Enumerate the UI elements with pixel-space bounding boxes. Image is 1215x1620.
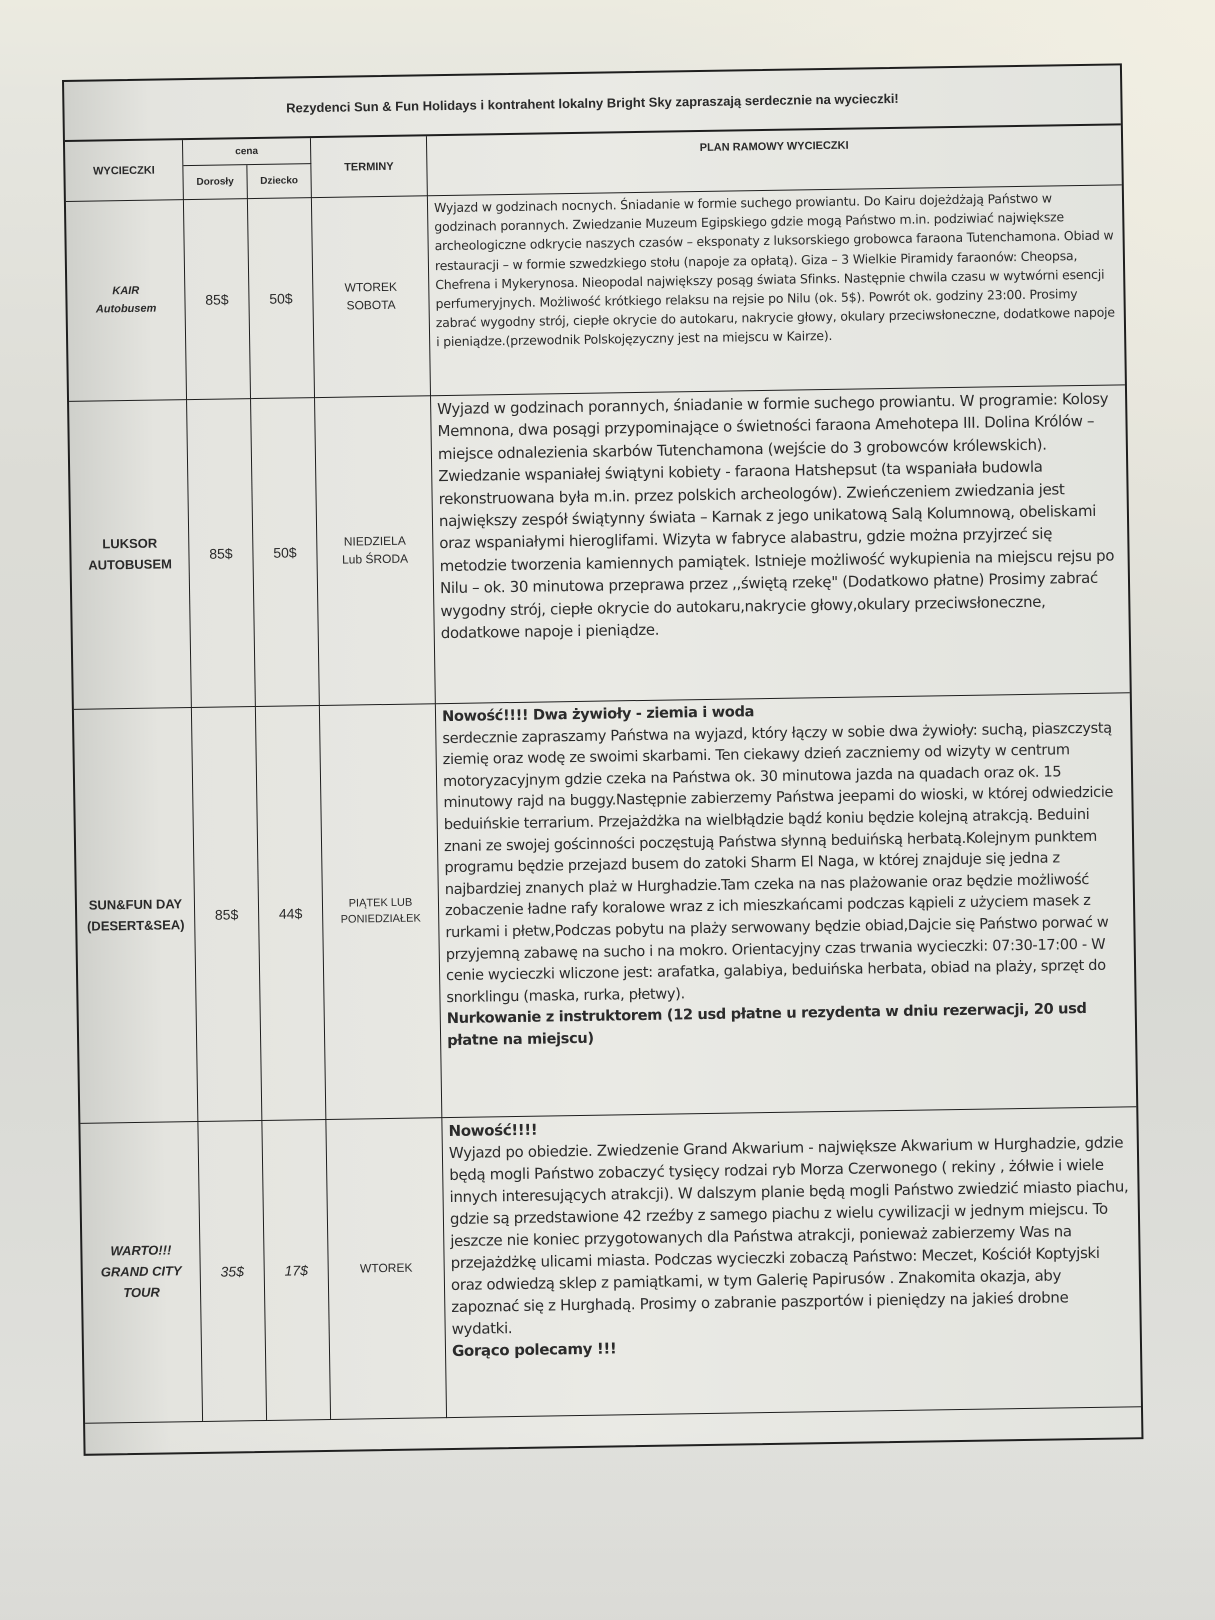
header-plan: PLAN RAMOWY WYCIECZKI — [427, 125, 1122, 196]
plan-text: serdecznie zapraszamy Państwa na wyjazd,… — [442, 719, 1113, 1006]
adult-price: 85$ — [192, 707, 262, 1122]
trip-dates: WTOREKSOBOTA — [312, 196, 431, 398]
plan-text: Wyjazd w godzinach porannych, śniadanie … — [437, 390, 1114, 643]
plan-footer-note: Gorąco polecamy !!! — [452, 1329, 1134, 1362]
trip-name-line: AUTOBUSEM — [88, 556, 172, 572]
header-adult: Dorosły — [183, 165, 248, 200]
trip-plan-sunfun-day: Nowość!!!! Dwa żywioły - ziemia i woda s… — [436, 693, 1136, 1118]
excursion-table: WYCIECZKI cena TERMINY PLAN RAMOWY WYCIE… — [65, 125, 1141, 1423]
trip-plan-grand-city-tour: Nowość!!!! Wyjazd po obiedzie. Zwiedzeni… — [442, 1107, 1141, 1418]
date-line: SOBOTA — [346, 297, 395, 312]
child-price: 50$ — [251, 398, 320, 707]
header-trips: WYCIECZKI — [65, 140, 184, 202]
adult-price: 35$ — [198, 1121, 267, 1422]
date-line: NIEDZIELA — [344, 534, 406, 549]
child-price: 44$ — [256, 706, 326, 1121]
child-price: 50$ — [248, 198, 315, 399]
trip-name-line: GRAND CITY TOUR — [101, 1263, 182, 1300]
adult-price: 85$ — [187, 399, 256, 708]
trip-name-line: (DESERT&SEA) — [87, 917, 185, 934]
date-line: WTOREK — [344, 280, 397, 295]
trip-name-luksor: LUKSORAUTOBUSEM — [69, 400, 192, 710]
plan-text: Wyjazd po obiedzie. Zwiedzenie Grand Akw… — [449, 1133, 1129, 1338]
trip-name-grand-city-tour: WARTO!!!GRAND CITY TOUR — [80, 1122, 203, 1424]
trip-plan-kair: Wyjazd w godzinach nocnych. Śniadanie w … — [428, 185, 1125, 396]
trip-name-line: KAIR — [112, 285, 139, 297]
plan-footer-note: Nurkowanie z instruktorem (12 usd płatne… — [447, 998, 1130, 1052]
trip-name-kair: KAIRAutobusem — [66, 200, 187, 402]
adult-price: 85$ — [184, 199, 251, 400]
date-line: PIĄTEK LUB — [349, 896, 413, 909]
trip-dates: WTOREK — [326, 1118, 447, 1420]
trip-plan-luksor: Wyjazd w godzinach porannych, śniadanie … — [431, 385, 1130, 704]
date-line: PONIEDZIAŁEK — [341, 912, 421, 925]
child-price: 17$ — [262, 1120, 331, 1421]
trip-dates: NIEDZIELALub ŚRODA — [315, 396, 436, 706]
trip-name-sunfun-day: SUN&FUN DAY(DESERT&SEA) — [74, 708, 198, 1124]
excursion-flyer: Rezydenci Sun & Fun Holidays i kontrahen… — [62, 63, 1143, 1455]
date-line: Lub ŚRODA — [342, 551, 408, 566]
trip-name-line: WARTO!!! — [110, 1243, 171, 1259]
plan-text: Wyjazd w godzinach nocnych. Śniadanie w … — [434, 190, 1115, 349]
header-price: cena — [183, 138, 311, 166]
trip-name-line: Autobusem — [96, 302, 157, 315]
header-child: Dziecko — [247, 164, 312, 199]
trip-dates: PIĄTEK LUBPONIEDZIAŁEK — [320, 704, 442, 1120]
header-dates: TERMINY — [311, 136, 428, 198]
trip-name-line: SUN&FUN DAY — [89, 896, 183, 912]
date-line: WTOREK — [360, 1260, 413, 1275]
trip-name-line: LUKSOR — [102, 535, 157, 551]
